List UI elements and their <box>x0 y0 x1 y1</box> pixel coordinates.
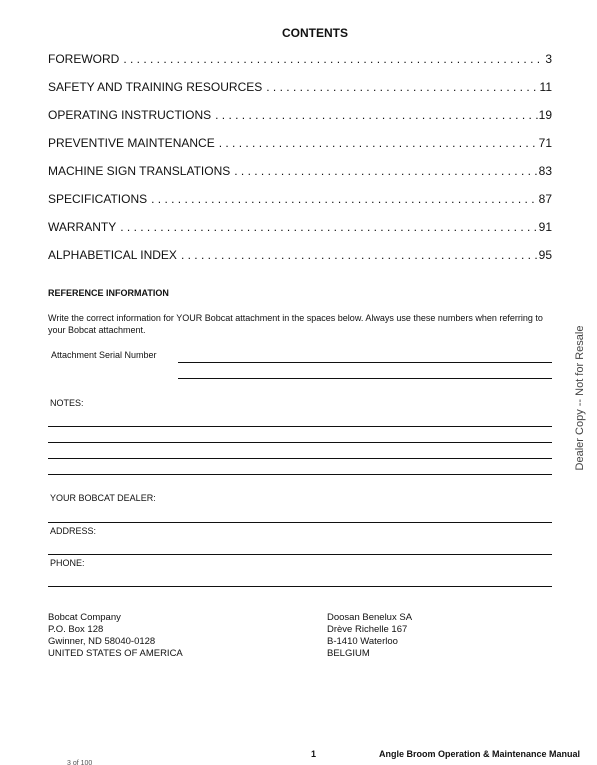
toc-label: FOREWORD <box>48 52 123 66</box>
toc-page: 11 <box>539 80 552 94</box>
address-line <box>48 554 552 555</box>
leader-dots <box>219 136 538 150</box>
page-title: CONTENTS <box>0 26 597 40</box>
leader-dots <box>181 248 538 262</box>
toc-label: WARRANTY <box>48 220 120 234</box>
address-line: P.O. Box 128 <box>48 624 183 636</box>
toc-entry-foreword[interactable]: FOREWORD 3 <box>48 52 552 80</box>
leader-dots <box>215 108 538 122</box>
notes-line <box>48 458 552 459</box>
reference-heading: REFERENCE INFORMATION <box>48 288 169 298</box>
eu-address: Doosan Benelux SA Drève Richelle 167 B-1… <box>327 612 412 660</box>
address-line: Bobcat Company <box>48 612 183 624</box>
toc-entry-warranty[interactable]: WARRANTY 91 <box>48 220 552 248</box>
toc-entry-specifications[interactable]: SPECIFICATIONS 87 <box>48 192 552 220</box>
toc-label: OPERATING INSTRUCTIONS <box>48 108 215 122</box>
toc-label: SAFETY AND TRAINING RESOURCES <box>48 80 266 94</box>
toc-page: 91 <box>538 220 552 234</box>
serial-number-label: Attachment Serial Number <box>51 350 157 360</box>
notes-line <box>48 426 552 427</box>
address-line: B-1410 Waterloo <box>327 636 412 648</box>
notes-line <box>48 442 552 443</box>
serial-number-line-2 <box>178 378 552 379</box>
leader-dots <box>123 52 544 66</box>
dealer-label: YOUR BOBCAT DEALER: <box>50 493 156 503</box>
toc-page: 87 <box>538 192 552 206</box>
toc-page: 3 <box>544 52 552 66</box>
toc-entry-safety[interactable]: SAFETY AND TRAINING RESOURCES 11 <box>48 80 552 108</box>
toc-entry-sign-translations[interactable]: MACHINE SIGN TRANSLATIONS 83 <box>48 164 552 192</box>
address-line: Gwinner, ND 58040-0128 <box>48 636 183 648</box>
toc-page: 71 <box>538 136 552 150</box>
table-of-contents: FOREWORD 3 SAFETY AND TRAINING RESOURCES… <box>48 52 552 276</box>
phone-line <box>48 586 552 587</box>
address-label: ADDRESS: <box>50 526 96 536</box>
phone-label: PHONE: <box>50 558 85 568</box>
toc-entry-index[interactable]: ALPHABETICAL INDEX 95 <box>48 248 552 276</box>
address-line: Doosan Benelux SA <box>327 612 412 624</box>
toc-page: 95 <box>538 248 552 262</box>
address-line: BELGIUM <box>327 648 412 660</box>
address-line: Drève Richelle 167 <box>327 624 412 636</box>
leader-dots <box>234 164 537 178</box>
us-address: Bobcat Company P.O. Box 128 Gwinner, ND … <box>48 612 183 660</box>
reference-instructions: Write the correct information for YOUR B… <box>48 312 554 336</box>
page-count: 3 of 100 <box>67 760 92 765</box>
leader-dots <box>151 192 538 206</box>
leader-dots <box>120 220 537 234</box>
watermark: Dealer Copy -- Not for Resale <box>574 326 586 471</box>
dealer-line <box>48 522 552 523</box>
serial-number-line <box>178 362 552 363</box>
notes-line <box>48 474 552 475</box>
footer-page-number: 1 <box>311 749 316 759</box>
toc-entry-maintenance[interactable]: PREVENTIVE MAINTENANCE 71 <box>48 136 552 164</box>
toc-label: PREVENTIVE MAINTENANCE <box>48 136 219 150</box>
toc-entry-operating[interactable]: OPERATING INSTRUCTIONS 19 <box>48 108 552 136</box>
toc-label: ALPHABETICAL INDEX <box>48 248 181 262</box>
leader-dots <box>266 80 538 94</box>
toc-page: 19 <box>538 108 552 122</box>
notes-label: NOTES: <box>50 398 84 408</box>
toc-label: SPECIFICATIONS <box>48 192 151 206</box>
footer-manual-title: Angle Broom Operation & Maintenance Manu… <box>379 749 580 759</box>
toc-label: MACHINE SIGN TRANSLATIONS <box>48 164 234 178</box>
toc-page: 83 <box>538 164 552 178</box>
address-line: UNITED STATES OF AMERICA <box>48 648 183 660</box>
